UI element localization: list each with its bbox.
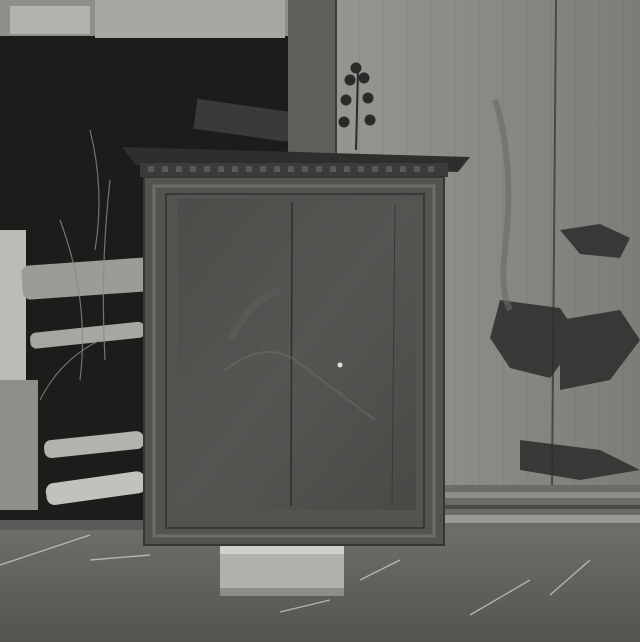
framed-panel: [122, 147, 470, 545]
inner-panel: [178, 198, 416, 510]
dentil-molding: [148, 166, 434, 172]
photo-scene: [0, 0, 640, 642]
photograph: [0, 0, 640, 642]
support-block: [220, 546, 344, 596]
